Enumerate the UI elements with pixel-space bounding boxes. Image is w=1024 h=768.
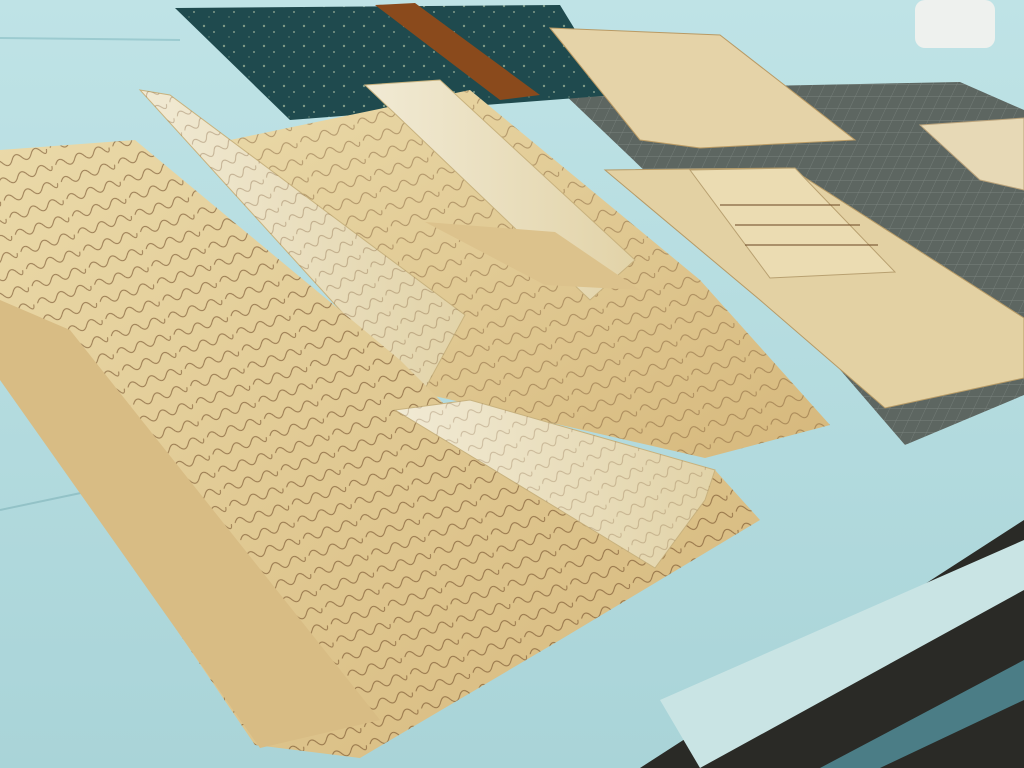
photo-scene: Old handwritten French manuscript docume… <box>0 0 1024 768</box>
white-container <box>915 0 995 48</box>
scene-illustration <box>0 0 1024 768</box>
